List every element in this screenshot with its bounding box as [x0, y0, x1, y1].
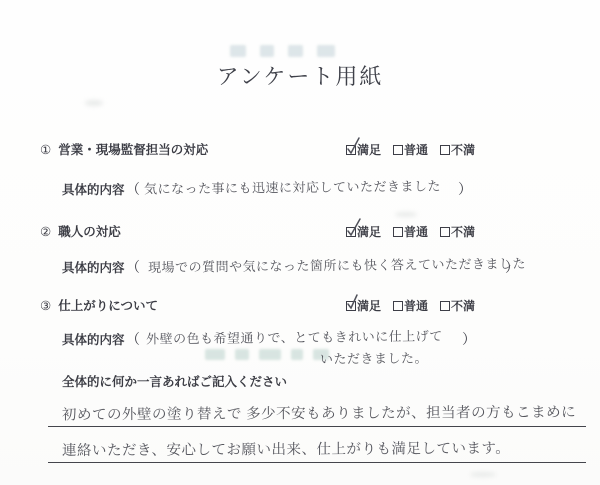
- bleed-through-marks-middle: [205, 349, 329, 360]
- check-mark-icon: [345, 218, 361, 238]
- checkbox-dissatisfied: [440, 145, 450, 155]
- detail-label: 具体的内容: [62, 183, 125, 197]
- question-2-row: ②職人の対応: [40, 222, 121, 240]
- question-2-detail-row: 具体的内容 （ 現場での質問や気になった箇所にも快く答えていただきました ）: [62, 258, 125, 276]
- bleed-through-marks-top: [230, 45, 335, 57]
- handwritten-detail-1: 気になった事にも迅速に対応していただきました: [144, 175, 441, 197]
- choice-label-neutral: 普通: [404, 297, 428, 314]
- handwritten-detail-2: 現場での質問や気になった箇所にも快く答えていただきました: [148, 253, 526, 276]
- bleed-mark: [230, 45, 246, 57]
- paren-close: ）: [462, 329, 476, 349]
- scan-smudge: [470, 472, 496, 477]
- checkbox-neutral: [393, 145, 403, 155]
- bleed-mark: [260, 45, 274, 57]
- comment-ruled-line-1: 初めての外壁の塗り替えで 多少不安もありましたが、担当者の方もこまめに: [48, 399, 586, 427]
- bleed-mark: [235, 349, 249, 360]
- question-3-row: ③仕上がりについて: [40, 296, 158, 314]
- scan-smudge: [85, 100, 103, 106]
- question-1-row: ①営業・現場監督担当の対応: [40, 140, 208, 158]
- paren-open: （: [126, 179, 140, 199]
- question-1-label: 営業・現場監督担当の対応: [58, 143, 208, 157]
- question-1-choices: 満足 普通 不満: [346, 141, 475, 158]
- question-2-number: ②: [40, 225, 51, 239]
- paren-open: （: [126, 329, 140, 349]
- question-1-detail-row: 具体的内容 （ 気になった事にも迅速に対応していただきました ）: [62, 180, 125, 198]
- choice-label-neutral: 普通: [404, 223, 428, 240]
- checkbox-satisfied-checked: [346, 301, 356, 311]
- bleed-mark: [317, 45, 335, 57]
- bleed-mark: [288, 45, 303, 57]
- paren-close: ）: [505, 257, 519, 277]
- question-3-number: ③: [40, 299, 51, 313]
- comment-ruled-line-2: 連絡いただき、安心してお願い出来、仕上がりも満足しています。: [48, 435, 586, 463]
- choice-label-dissatisfied: 不満: [451, 297, 475, 314]
- checkbox-dissatisfied: [440, 227, 450, 237]
- overall-comment-label: 全体的に何か一言あればご記入ください: [62, 372, 287, 390]
- check-mark-icon: [345, 292, 359, 309]
- choice-neutral: 普通: [393, 141, 428, 158]
- choice-satisfied: 満足: [346, 223, 381, 240]
- question-1-number: ①: [40, 143, 51, 157]
- choice-label-neutral: 普通: [404, 141, 428, 158]
- choice-label-satisfied: 満足: [357, 297, 381, 314]
- question-2-choices: 満足 普通 不満: [346, 223, 475, 240]
- check-mark-icon: [345, 136, 361, 156]
- choice-satisfied: 満足: [346, 141, 381, 158]
- choice-dissatisfied: 不満: [440, 297, 475, 314]
- question-2-label: 職人の対応: [58, 225, 121, 239]
- choice-neutral: 普通: [393, 297, 428, 314]
- detail-label: 具体的内容: [62, 333, 125, 347]
- question-3-choices: 満足 普通 不満: [346, 297, 475, 314]
- checkbox-neutral: [393, 301, 403, 311]
- choice-label-dissatisfied: 不満: [451, 223, 475, 240]
- bleed-mark: [259, 349, 281, 360]
- handwritten-detail-3-continued: いただきました。: [320, 347, 428, 367]
- detail-label: 具体的内容: [62, 261, 125, 275]
- checkbox-neutral: [393, 227, 403, 237]
- checkbox-satisfied-checked: [346, 145, 356, 155]
- checkbox-satisfied-checked: [346, 227, 356, 237]
- scan-smudge: [395, 212, 417, 217]
- choice-dissatisfied: 不満: [440, 141, 475, 158]
- paren-close: ）: [458, 179, 472, 199]
- handwritten-comment-line-1: 初めての外壁の塗り替えで 多少不安もありましたが、担当者の方もこまめに: [62, 401, 576, 425]
- questionnaire-scan: アンケート用紙 ①営業・現場監督担当の対応 満足 普通 不満 具体的内容 （ 気…: [0, 0, 600, 485]
- choice-neutral: 普通: [393, 223, 428, 240]
- bleed-mark: [205, 349, 225, 360]
- handwritten-comment-line-2: 連絡いただき、安心してお願い出来、仕上がりも満足しています。: [62, 437, 510, 460]
- bleed-mark: [291, 349, 303, 360]
- choice-label-dissatisfied: 不満: [451, 141, 475, 158]
- question-3-label: 仕上がりについて: [58, 299, 158, 313]
- handwritten-detail-3: 外壁の色も希望通りで、とてもきれいに仕上げて: [146, 325, 443, 347]
- question-3-detail-row: 具体的内容 （ 外壁の色も希望通りで、とてもきれいに仕上げて ）: [62, 330, 125, 348]
- paren-open: （: [126, 257, 140, 277]
- checkbox-dissatisfied: [440, 301, 450, 311]
- choice-satisfied: 満足: [346, 297, 381, 314]
- page-title: アンケート用紙: [0, 60, 600, 91]
- choice-dissatisfied: 不満: [440, 223, 475, 240]
